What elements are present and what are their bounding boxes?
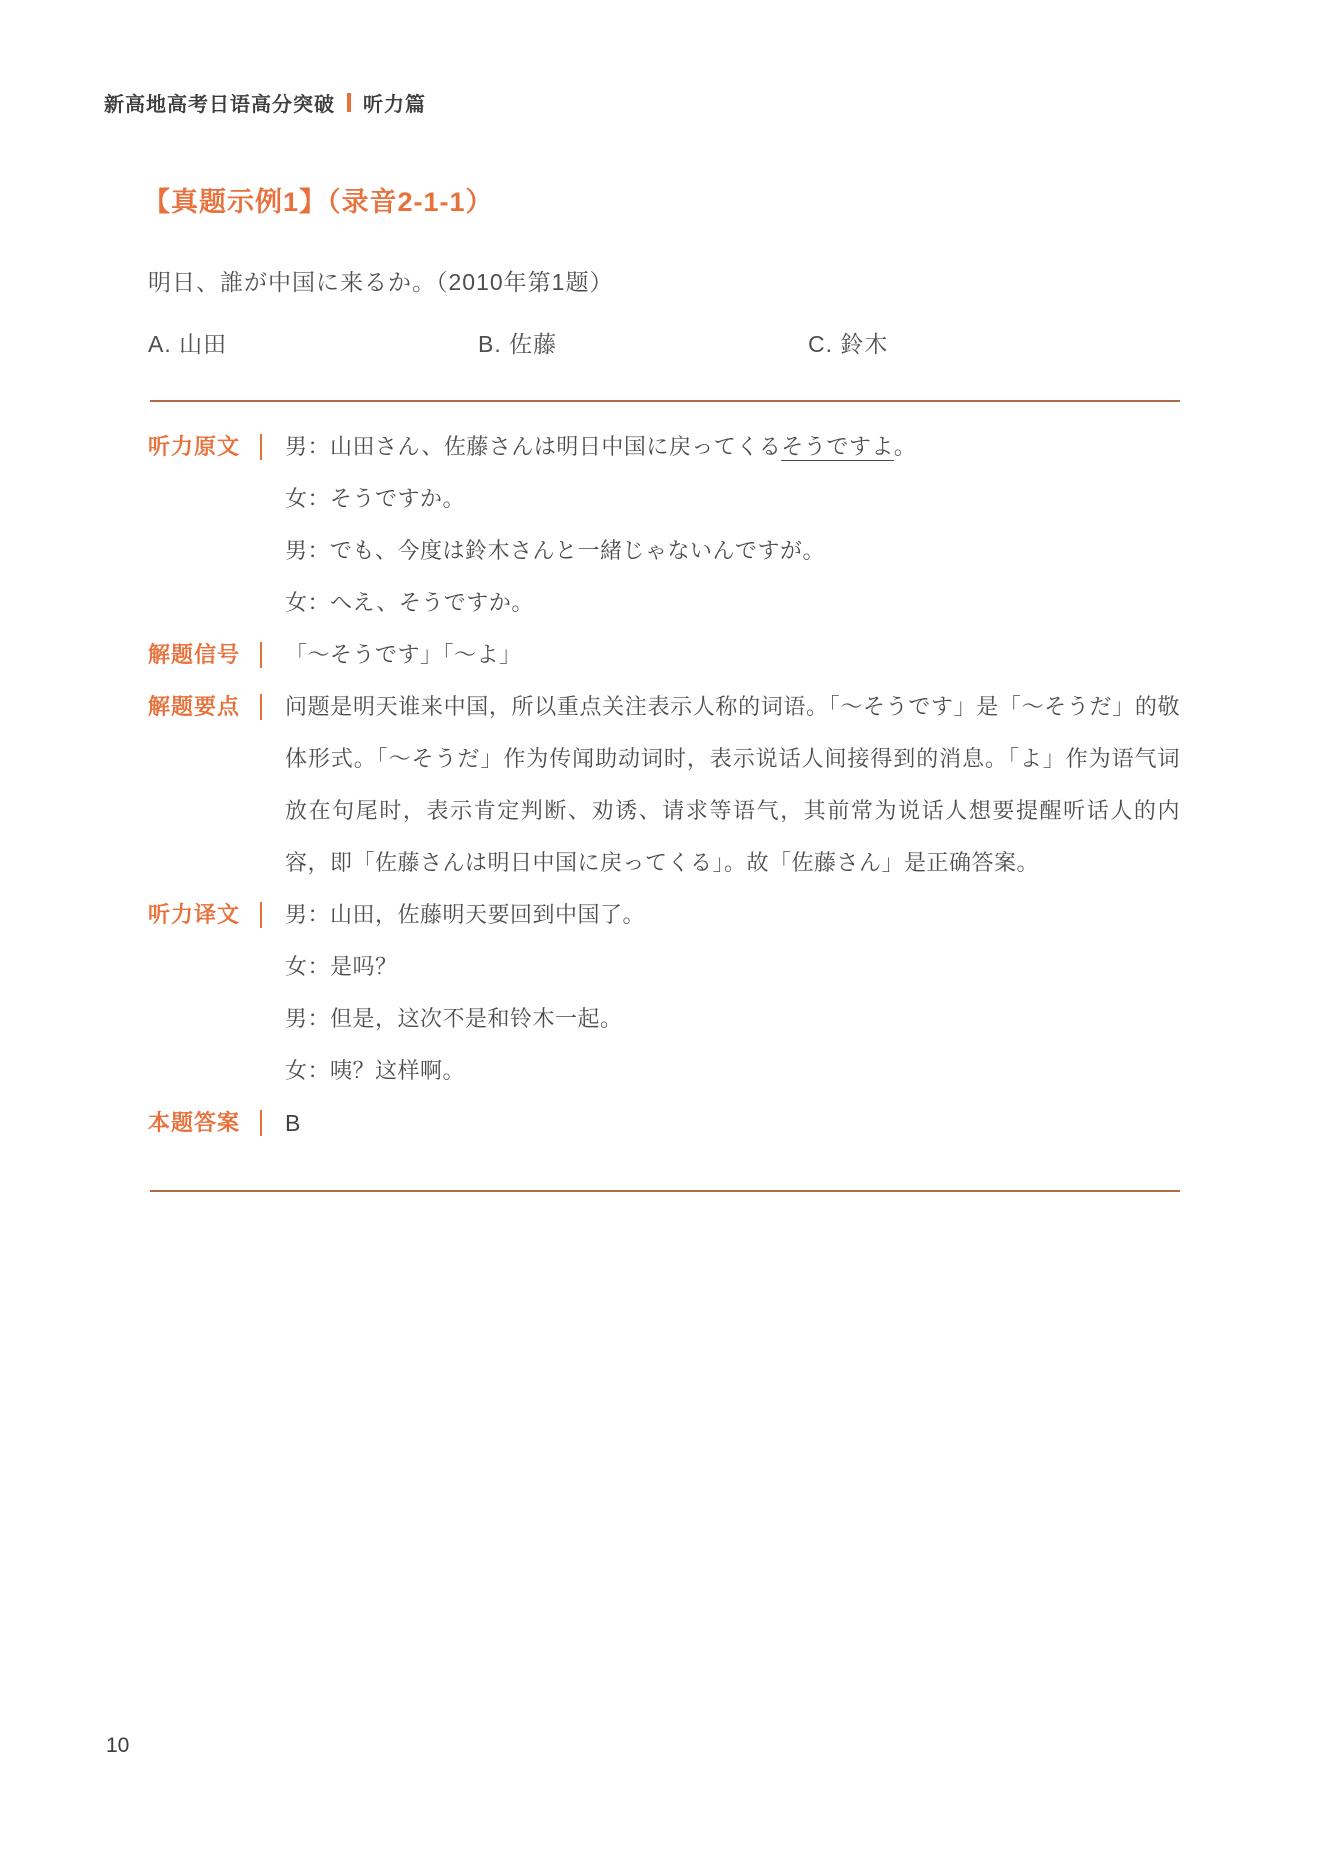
speaker: 女： xyxy=(285,954,330,979)
script-line-3: 男：でも、今度は鈴木さんと一緒じゃないんですが。 xyxy=(285,525,1180,577)
option-b: B. 佐藤 xyxy=(478,326,808,359)
speaker: 男： xyxy=(285,1006,330,1031)
translation-text: 咦？这样啊。 xyxy=(330,1058,465,1083)
book-title: 新高地高考日语高分突破 xyxy=(104,88,335,117)
speaker: 女： xyxy=(285,1058,330,1083)
script-text: へえ、そうですか。 xyxy=(330,590,534,615)
question-text: 明日、誰が中国に来るか。（2010年第1题） xyxy=(148,264,613,297)
label-divider-bar xyxy=(260,642,262,668)
label-divider-bar xyxy=(260,434,262,460)
script-line-1: 男：山田さん、佐藤さんは明日中国に戻ってくるそうですよ。 xyxy=(285,421,1180,473)
script-text-end: 。 xyxy=(894,434,917,459)
label-divider-bar xyxy=(260,1110,262,1136)
section-listening-script: 听力原文 男：山田さん、佐藤さんは明日中国に戻ってくるそうですよ。 女：そうです… xyxy=(148,421,1180,629)
label-answer: 本题答案 xyxy=(148,1097,260,1149)
label-keypoints: 解题要点 xyxy=(148,681,260,733)
translation-text: 山田，佐藤明天要回到中国了。 xyxy=(330,902,645,927)
translation-line-1: 男：山田，佐藤明天要回到中国了。 xyxy=(285,889,1180,941)
label-listening-script: 听力原文 xyxy=(148,421,260,473)
speaker: 女： xyxy=(285,486,330,511)
section-translation: 听力译文 男：山田，佐藤明天要回到中国了。 女：是吗？ 男：但是，这次不是和铃木… xyxy=(148,889,1180,1097)
label-translation: 听力译文 xyxy=(148,889,260,941)
label-divider-bar xyxy=(260,694,262,720)
translation-line-3: 男：但是，这次不是和铃木一起。 xyxy=(285,993,1180,1045)
header-section-name: 听力篇 xyxy=(363,88,426,117)
speaker: 男： xyxy=(285,902,330,927)
answer-value: B xyxy=(285,1097,1180,1149)
keypoints-text: 问题是明天谁来中国，所以重点关注表示人称的词语。「～そうです」是「～そうだ」的敬… xyxy=(285,681,1180,889)
label-divider-bar xyxy=(260,902,262,928)
underlined-phrase: そうですよ xyxy=(781,434,894,461)
script-line-2: 女：そうですか。 xyxy=(285,473,1180,525)
explanation-content: 听力原文 男：山田さん、佐藤さんは明日中国に戻ってくるそうですよ。 女：そうです… xyxy=(148,421,1180,1149)
translation-line-4: 女：咦？这样啊。 xyxy=(285,1045,1180,1097)
options-row: A. 山田 B. 佐藤 C. 鈴木 xyxy=(148,326,1178,359)
section-signal: 解题信号 「～そうです」「～よ」 xyxy=(148,629,1180,681)
speaker: 男： xyxy=(285,434,330,459)
translation-line-2: 女：是吗？ xyxy=(285,941,1180,993)
script-text: でも、今度は鈴木さんと一緒じゃないんですが。 xyxy=(330,538,825,563)
page-number: 10 xyxy=(106,1734,129,1758)
divider-rule-bottom xyxy=(150,1190,1180,1192)
section-keypoints: 解题要点 问题是明天谁来中国，所以重点关注表示人称的词语。「～そうです」是「～そ… xyxy=(148,681,1180,889)
option-a: A. 山田 xyxy=(148,326,478,359)
divider-rule-top xyxy=(150,400,1180,402)
section-answer: 本题答案 B xyxy=(148,1097,1180,1149)
example-title: 【真题示例1】（录音2-1-1） xyxy=(143,180,494,219)
translation-text: 是吗？ xyxy=(330,954,398,979)
option-c: C. 鈴木 xyxy=(808,326,1138,359)
script-text: そうですか。 xyxy=(330,486,465,511)
script-text: 山田さん、佐藤さんは明日中国に戻ってくる xyxy=(330,434,781,459)
book-page: 新高地高考日语高分突破 听力篇 【真题示例1】（录音2-1-1） 明日、誰が中国… xyxy=(0,0,1327,1870)
header-divider-bar xyxy=(347,93,351,112)
speaker: 男： xyxy=(285,538,330,563)
script-line-4: 女：へえ、そうですか。 xyxy=(285,577,1180,629)
speaker: 女： xyxy=(285,590,330,615)
translation-text: 但是，这次不是和铃木一起。 xyxy=(330,1006,623,1031)
label-signal: 解题信号 xyxy=(148,629,260,681)
page-header: 新高地高考日语高分突破 听力篇 xyxy=(104,88,426,117)
signal-text: 「～そうです」「～よ」 xyxy=(285,629,1180,681)
